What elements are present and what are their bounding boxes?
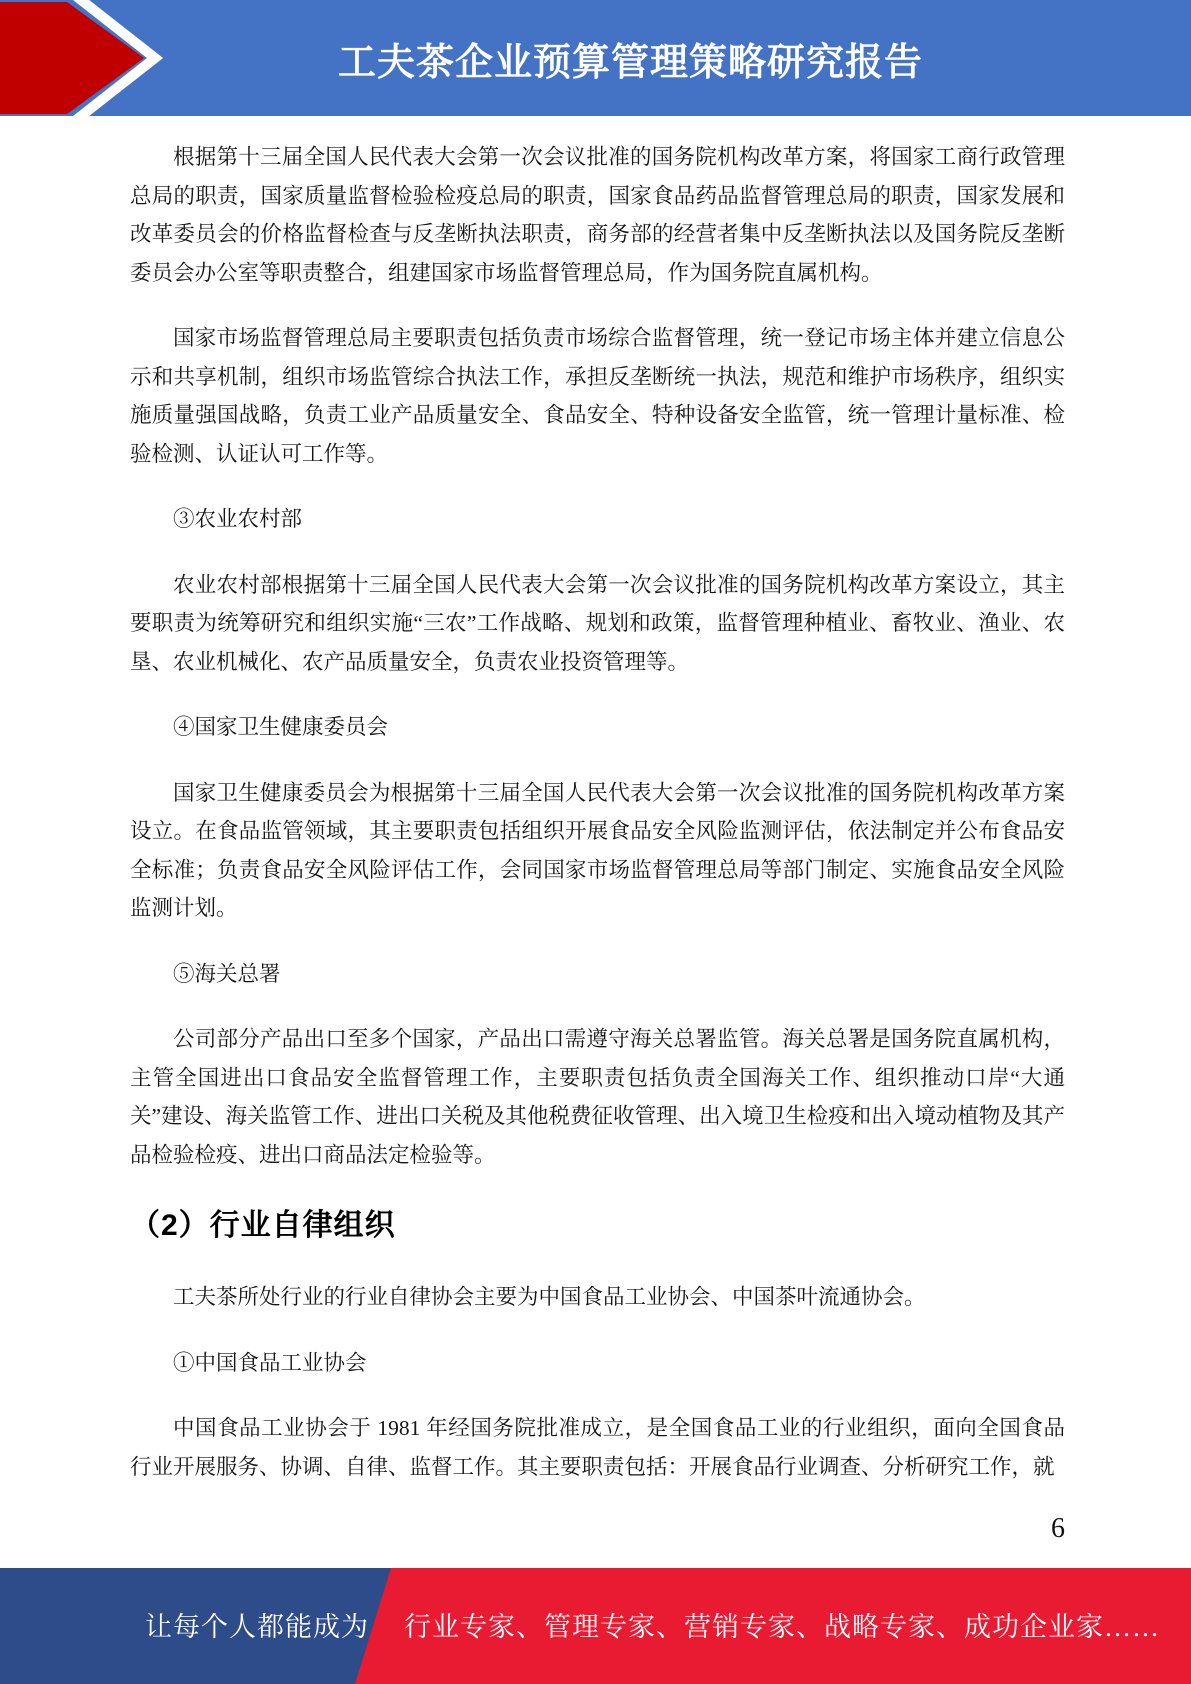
subheading-health-commission: ④国家卫生健康委员会 bbox=[130, 708, 1065, 747]
red-arrow-icon bbox=[0, 0, 175, 116]
paragraph-agriculture-duties: 农业农村部根据第十三届全国人民代表大会第一次会议批准的国务院机构改革方案设立，其… bbox=[130, 566, 1065, 682]
page-title: 工夫茶企业预算管理策略研究报告 bbox=[150, 0, 1111, 116]
footer-slogan-right: 行业专家、管理专家、营销专家、战略专家、成功企业家…… bbox=[404, 1613, 1160, 1641]
footer-slogan-left: 让每个人都能成为 bbox=[145, 1613, 369, 1641]
paragraph-health-duties: 国家卫生健康委员会为根据第十三届全国人民代表大会第一次会议批准的国务院机构改革方… bbox=[130, 774, 1065, 928]
paragraph-associations: 工夫茶所处行业的行业自律协会主要为中国食品工业协会、中国茶叶流通协会。 bbox=[130, 1278, 1065, 1317]
paragraph-customs-duties: 公司部分产品出口至多个国家，产品出口需遵守海关总署监管。海关总署是国务院直属机构… bbox=[130, 1020, 1065, 1174]
subheading-agriculture: ③农业农村部 bbox=[130, 500, 1065, 539]
paragraph-food-association: 中国食品工业协会于 1981 年经国务院批准成立，是全国食品工业的行业组织，面向… bbox=[130, 1409, 1065, 1486]
subheading-food-association: ①中国食品工业协会 bbox=[130, 1344, 1065, 1383]
paragraph-samr-duties: 国家市场监督管理总局主要职责包括负责市场综合监督管理，统一登记市场主体并建立信息… bbox=[130, 319, 1065, 473]
header-banner: 工夫茶企业预算管理策略研究报告 bbox=[0, 0, 1191, 116]
document-body: 根据第十三届全国人民代表大会第一次会议批准的国务院机构改革方案，将国家工商行政管… bbox=[0, 116, 1191, 1545]
paragraph-reform-plan: 根据第十三届全国人民代表大会第一次会议批准的国务院机构改革方案，将国家工商行政管… bbox=[130, 138, 1065, 292]
subheading-customs: ⑤海关总署 bbox=[130, 955, 1065, 994]
report-page: { "colors": { "header_blue": "#4472C4", … bbox=[0, 0, 1191, 1684]
section-heading-industry-self-regulation: （2）行业自律组织 bbox=[130, 1204, 1065, 1248]
page-number: 6 bbox=[130, 1513, 1065, 1545]
red-arrow-shape bbox=[0, 2, 144, 114]
footer-banner: 让每个人都能成为 行业专家、管理专家、营销专家、战略专家、成功企业家…… bbox=[0, 1568, 1191, 1684]
